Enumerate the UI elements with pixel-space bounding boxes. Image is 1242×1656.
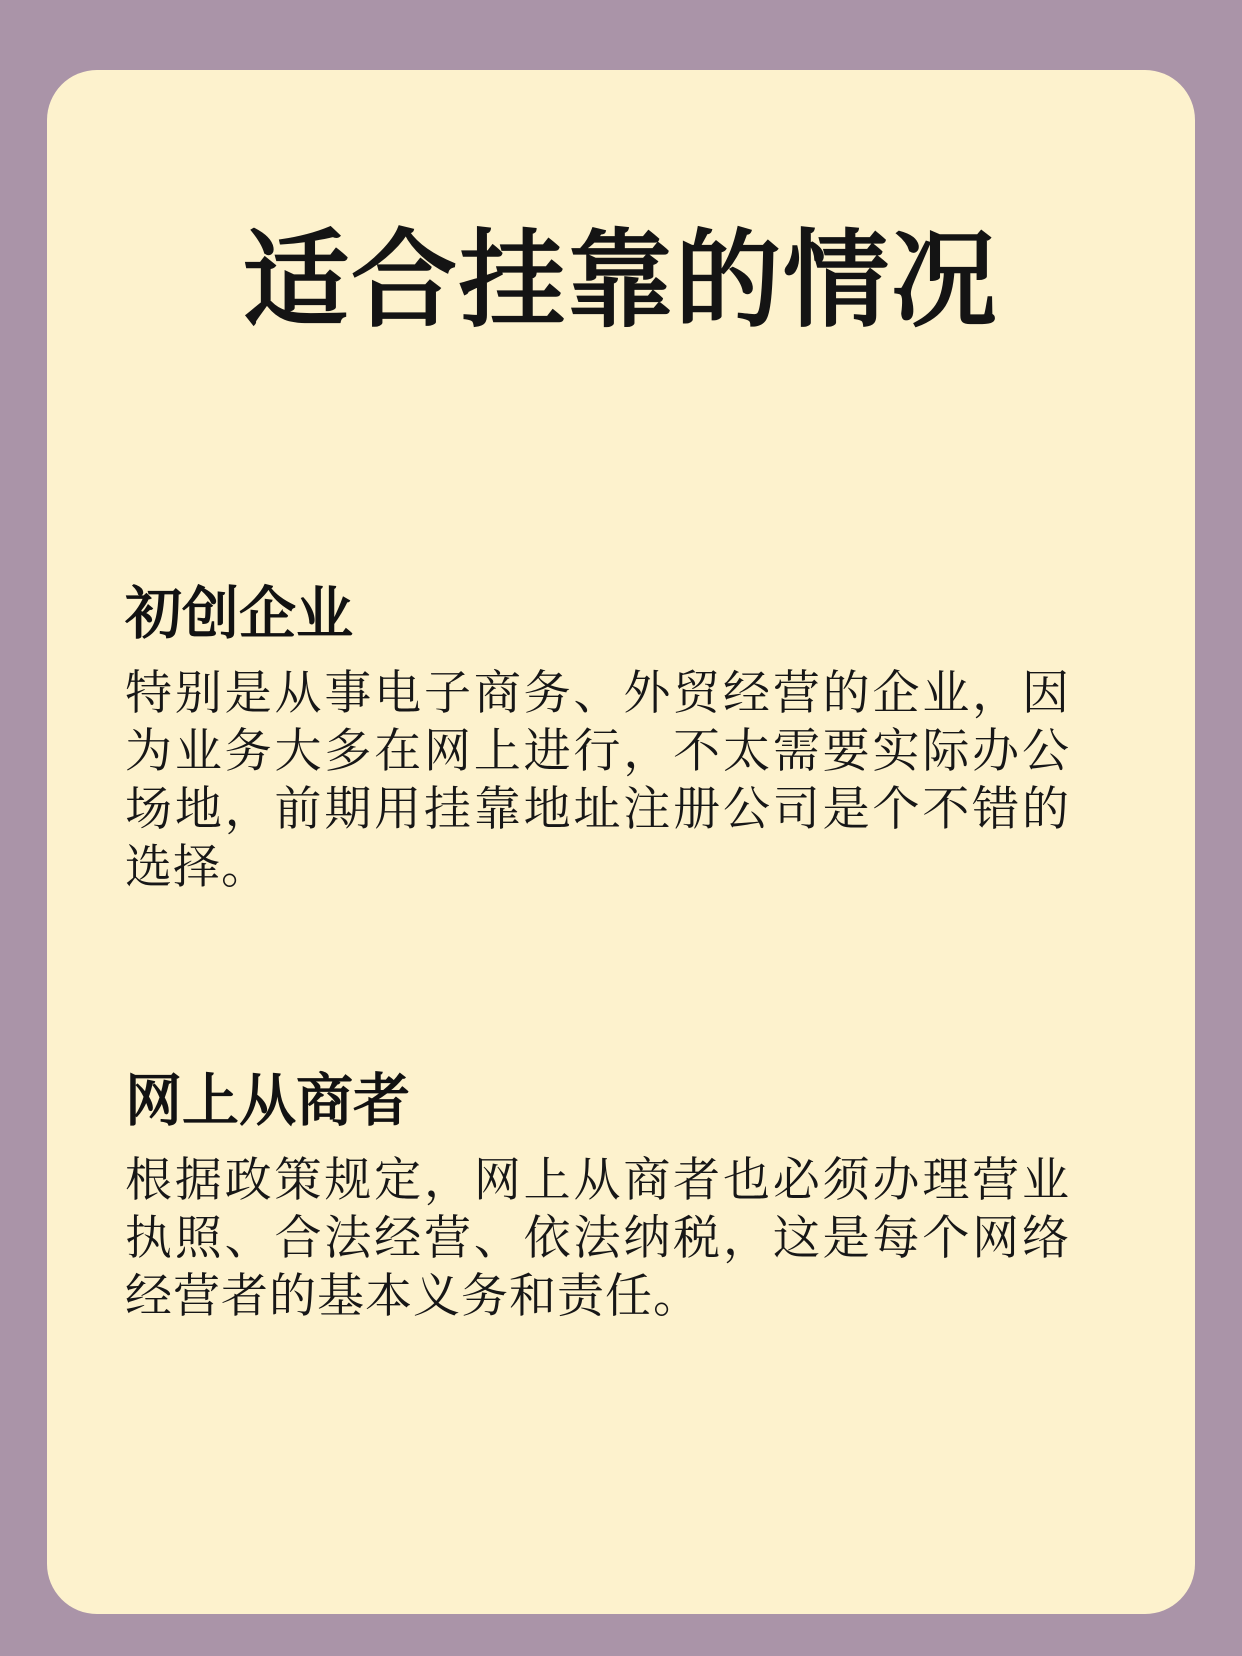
card-title: 适合挂靠的情况: [47, 222, 1195, 341]
section-heading: 初创企业: [125, 580, 1070, 648]
section-body: 根据政策规定，网上从商者也必须办理营业执照、合法经营、依法纳税，这是每个网络经营…: [125, 1151, 1070, 1325]
page-background: 适合挂靠的情况 初创企业 特别是从事电子商务、外贸经营的企业，因为业务大多在网上…: [0, 0, 1242, 1656]
section-startup-companies: 初创企业 特别是从事电子商务、外贸经营的企业，因为业务大多在网上进行，不太需要实…: [125, 580, 1070, 896]
section-online-merchants: 网上从商者 根据政策规定，网上从商者也必须办理营业执照、合法经营、依法纳税，这是…: [125, 1067, 1070, 1325]
section-heading: 网上从商者: [125, 1067, 1070, 1135]
section-body: 特别是从事电子商务、外贸经营的企业，因为业务大多在网上进行，不太需要实际办公场地…: [125, 664, 1070, 896]
info-card: 适合挂靠的情况 初创企业 特别是从事电子商务、外贸经营的企业，因为业务大多在网上…: [47, 70, 1195, 1614]
